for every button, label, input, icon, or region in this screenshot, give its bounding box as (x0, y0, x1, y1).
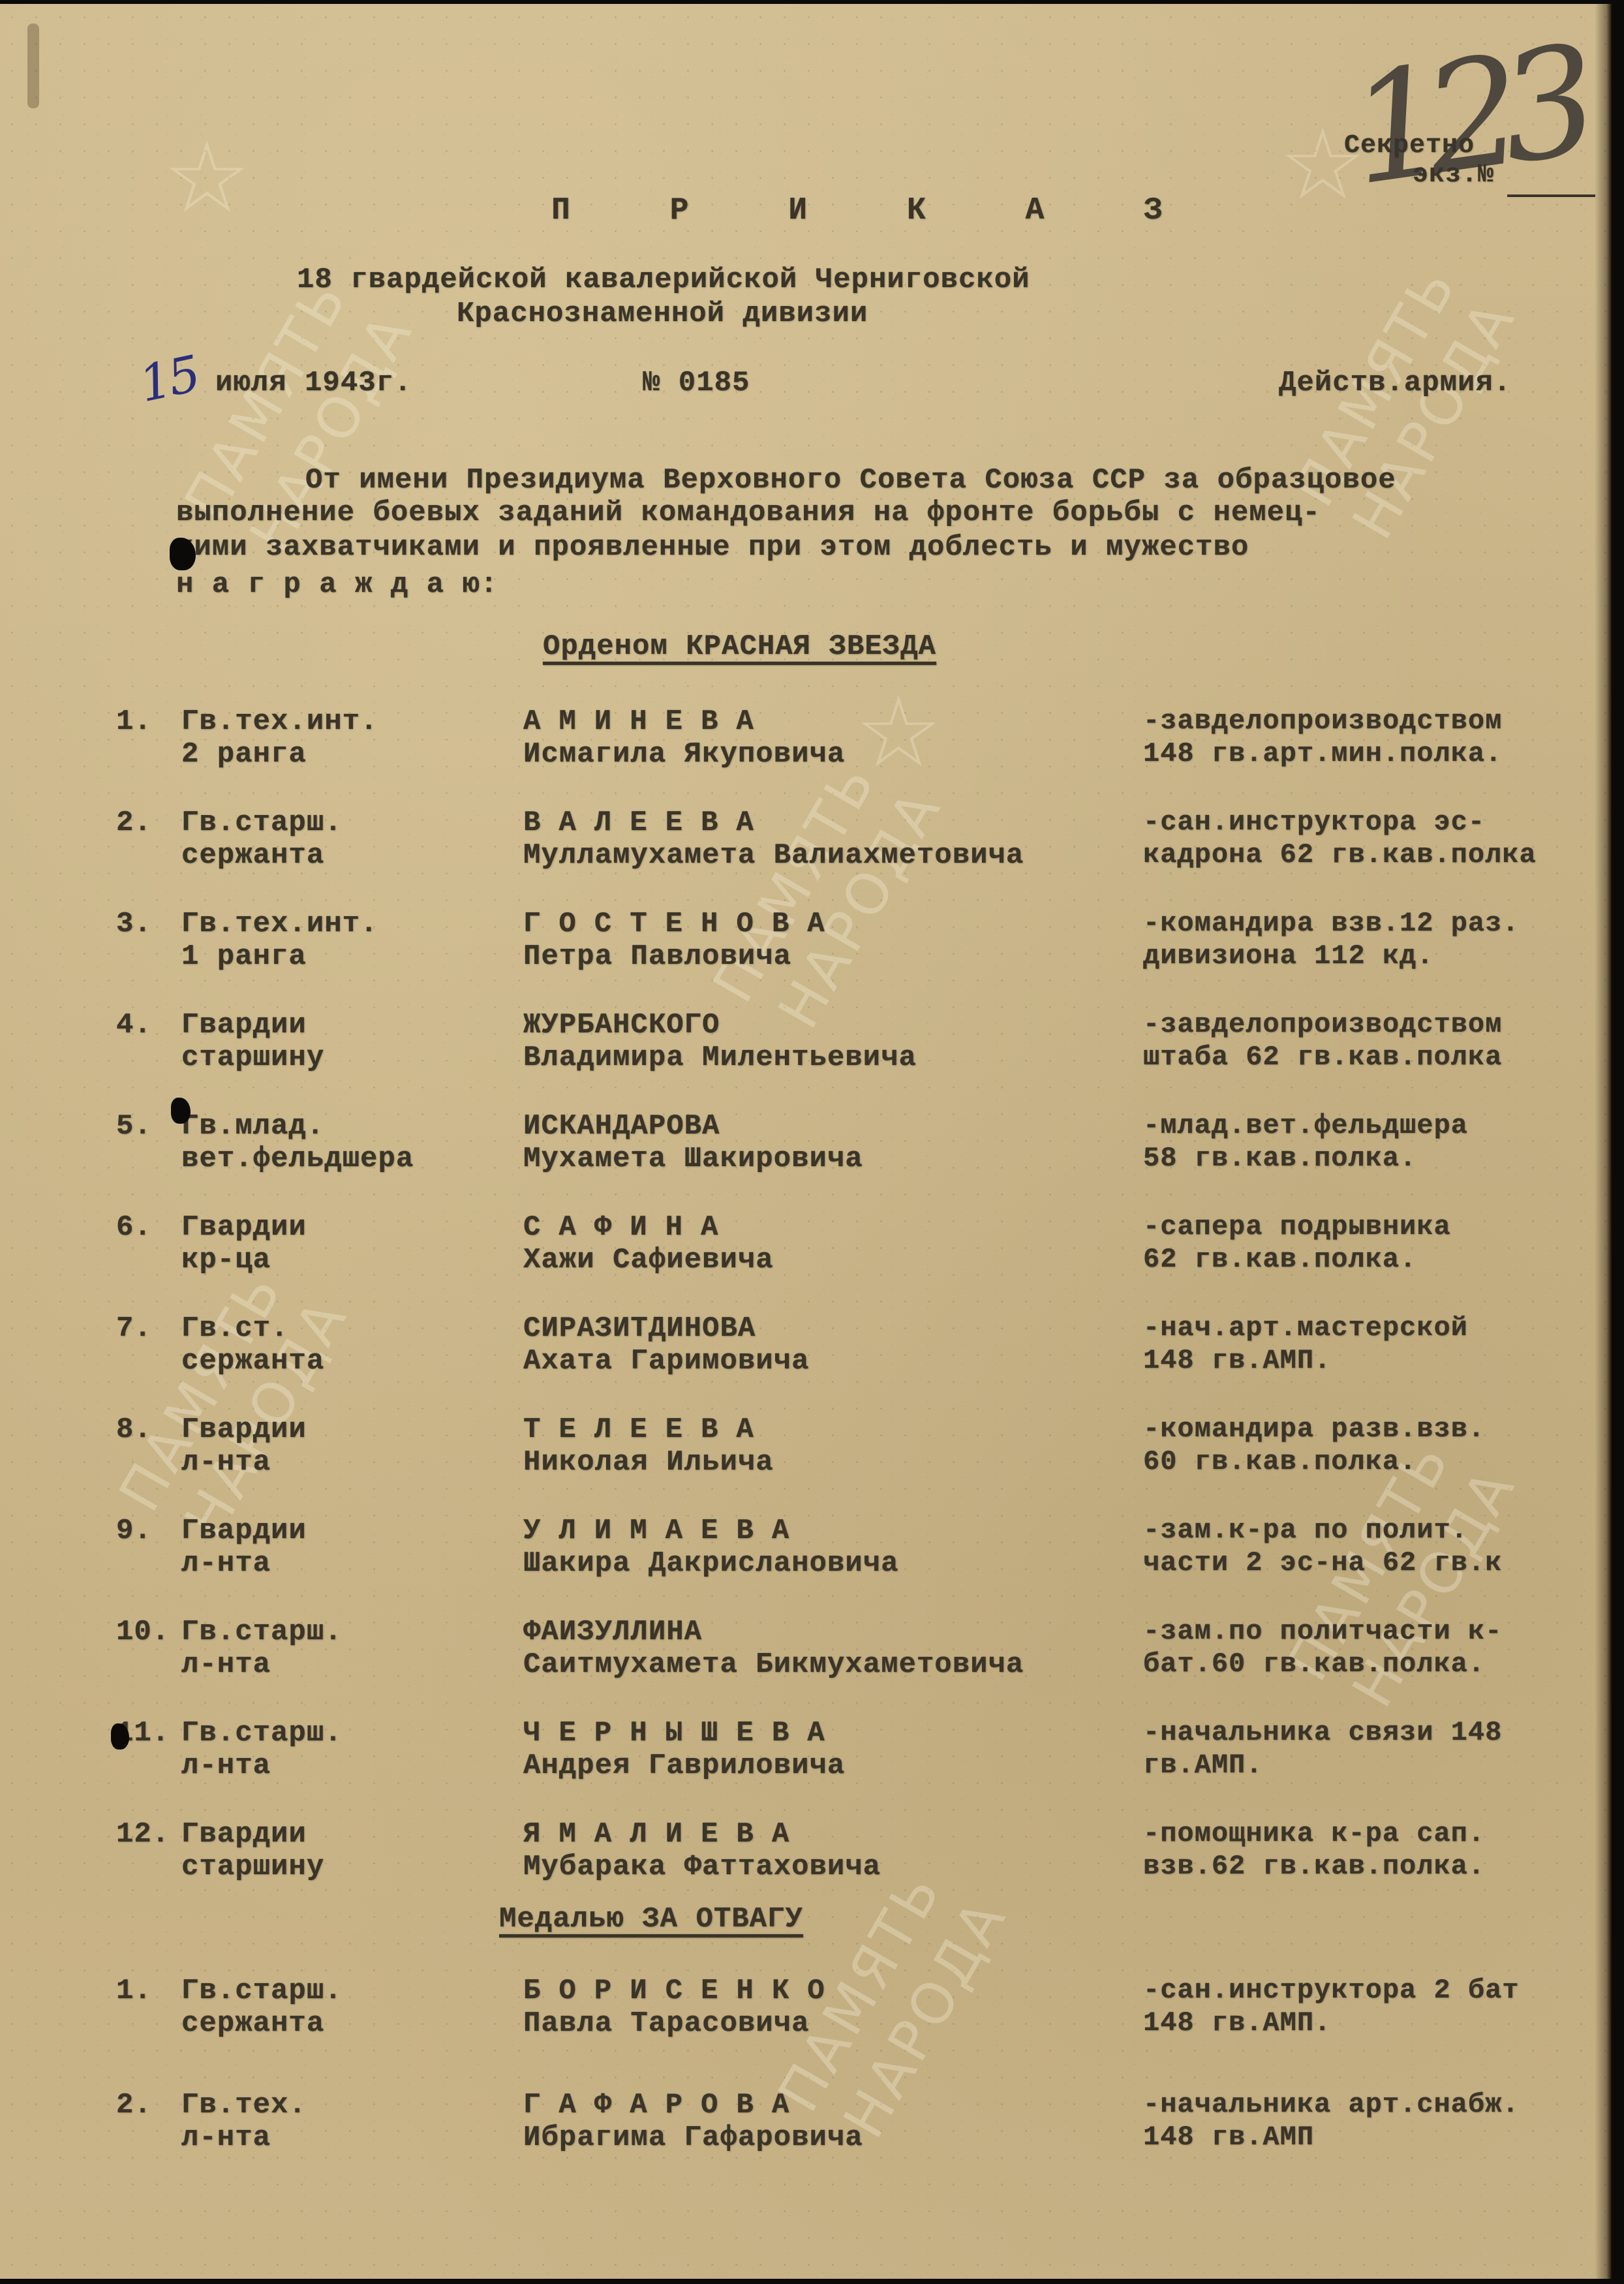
entry-position-line-1: -завделопроизводством (1143, 705, 1502, 737)
entry-number: 6. (116, 1211, 152, 1244)
award-entry-row: 11.Гв.старш.л-нтаЧЕРНЫШЕВААндрея Гаврило… (0, 1717, 1612, 1795)
entry-position-line-2: части 2 эс-на 62 гв.к (1143, 1547, 1502, 1579)
award-entry-row: 4.ГвардиистаршинуЖУРБАНСКОГОВладимира Ми… (0, 1009, 1612, 1087)
handwritten-page-number: 123 (1340, 15, 1589, 219)
entry-rank-line-1: Гв.млад. (181, 1110, 324, 1143)
entry-position-line-1: -млад.вет.фельдшера (1143, 1110, 1468, 1141)
entry-given-names: Владимира Милентьевича (523, 1042, 917, 1074)
entry-number: 1. (116, 705, 152, 738)
award-entry-row: 2.Гв.старш.сержантаВАЛЕЕВАМулламухамета … (0, 807, 1612, 885)
award-entry-row: 1.Гв.тех.инт.2 рангаАМИНЕВАИсмагила Якуп… (0, 705, 1612, 784)
document-title: П Р И К А З (551, 193, 1203, 228)
entry-rank-line-1: Гвардии (181, 1413, 307, 1446)
entry-given-names: Шакира Дакрислановича (523, 1547, 899, 1580)
entry-rank-line-1: Гв.ст. (181, 1312, 288, 1345)
entry-position-line-1: -командира разв.взв. (1143, 1413, 1485, 1445)
archival-document-page: ☆ ПАМЯТЬ НАРОДА ☆ ПАМЯТЬ НАРОДА ☆ ПАМЯТЬ… (0, 4, 1612, 2279)
preamble-line-3: кими захватчиками и проявленные при этом… (176, 531, 1249, 564)
entry-number: 8. (116, 1413, 152, 1446)
entry-position-line-1: -начальника арт.снабж. (1143, 2089, 1520, 2120)
award-entry-row: 12.ГвардиистаршинуЯМАЛИЕВАМубарака Фатта… (0, 1818, 1612, 1896)
entry-surname: СИРАЗИТДИНОВА (523, 1312, 756, 1345)
entry-given-names: Ибрагима Гафаровича (523, 2122, 863, 2154)
entry-surname: ЧЕРНЫШЕВА (523, 1717, 843, 1750)
entry-position-line-2: 60 гв.кав.полка. (1143, 1446, 1417, 1477)
handwritten-date-day: 15 (134, 345, 203, 414)
binding-mark (27, 23, 39, 108)
entry-surname: АМИНЕВА (523, 705, 772, 738)
award-entry-row: 2.Гв.тех.л-нтаГАФАРОВАИбрагима Гафарович… (0, 2089, 1612, 2167)
preamble-line-1: От имени Президиума Верховного Совета Со… (305, 464, 1396, 497)
entry-rank-line-1: Гв.старш. (181, 1717, 343, 1750)
award-entry-row: 7.Гв.ст.сержантаСИРАЗИТДИНОВААхата Гарим… (0, 1312, 1612, 1391)
entry-given-names: Мухамета Шакировича (523, 1143, 863, 1175)
award-entry-row: 5.Гв.млад.вет.фельдшераИСКАНДАРОВАМухаме… (0, 1110, 1612, 1188)
section-heading-bravery-medal: Медалью ЗА ОТВАГУ (499, 1903, 803, 1936)
entry-position-line-1: -нач.арт.мастерской (1143, 1312, 1468, 1344)
entry-rank-line-1: Гв.тех. (181, 2089, 307, 2122)
entry-given-names: Павла Тарасовича (523, 2007, 809, 2040)
entry-number: 9. (116, 1515, 152, 1547)
entry-surname: ГОСТЕНОВА (523, 908, 843, 940)
entry-rank-line-1: Гвардии (181, 1211, 307, 1244)
entry-position-line-1: -начальника связи 148 (1143, 1717, 1502, 1748)
entry-surname: ФАИЗУЛЛИНА (523, 1616, 702, 1648)
entry-given-names: Андрея Гавриловича (523, 1750, 845, 1782)
entry-rank-line-1: Гв.старш. (181, 1975, 343, 2007)
entry-surname: ВАЛЕЕВА (523, 807, 772, 839)
entry-surname: ГАФАРОВА (523, 2089, 807, 2122)
entry-position-line-1: -сан.инструктора эс- (1143, 807, 1485, 838)
section-heading-red-star: Орденом КРАСНАЯ ЗВЕЗДА (543, 630, 936, 663)
entry-position-line-1: -сапера подрывника (1143, 1211, 1451, 1242)
entry-rank-line-2: 2 ранга (181, 738, 307, 771)
entry-number: 5. (116, 1110, 152, 1143)
entry-position-line-1: -помощника к-ра сап. (1143, 1818, 1485, 1849)
entry-position-line-1: -зам.к-ра по полит. (1143, 1515, 1468, 1546)
order-location: Действ.армия. (1279, 367, 1511, 399)
entry-surname: ЖУРБАНСКОГО (523, 1009, 720, 1042)
entry-number: 12. (116, 1818, 170, 1851)
entry-number: 3. (116, 908, 152, 940)
entry-number: 4. (116, 1009, 152, 1042)
entry-given-names: Николая Ильича (523, 1446, 774, 1479)
entry-position-line-1: -завделопроизводством (1143, 1009, 1502, 1040)
award-entry-row: 1.Гв.старш.сержантаБОРИСЕНКОПавла Тарасо… (0, 1975, 1612, 2053)
entry-rank-line-2: сержанта (181, 839, 324, 872)
entry-surname: ИСКАНДАРОВА (523, 1110, 720, 1143)
entry-rank-line-2: л-нта (181, 2122, 271, 2154)
entry-rank-line-1: Гв.старш. (181, 807, 343, 839)
entry-position-line-2: 62 гв.кав.полка. (1143, 1244, 1417, 1275)
entry-given-names: Исмагила Якуповича (523, 738, 845, 771)
entry-given-names: Мулламухамета Валиахметовича (523, 839, 1024, 872)
entry-position-line-1: -сан.инструктора 2 бат (1143, 1975, 1520, 2006)
award-entry-row: 6.Гвардиикр-цаСАФИНАХажи Сафиевича-сапер… (0, 1211, 1612, 1289)
entry-given-names: Хажи Сафиевича (523, 1244, 774, 1276)
entry-surname: БОРИСЕНКО (523, 1975, 843, 2007)
entry-position-line-2: гв.АМП. (1143, 1750, 1263, 1781)
entry-rank-line-2: сержанта (181, 2007, 324, 2040)
entry-rank-line-2: л-нта (181, 1547, 271, 1580)
entry-given-names: Саитмухамета Бикмухаметовича (523, 1648, 1024, 1681)
entry-rank-line-2: сержанта (181, 1345, 324, 1378)
entry-position-line-1: -командира взв.12 раз. (1143, 908, 1520, 939)
award-entry-row: 10.Гв.старш.л-нтаФАИЗУЛЛИНАСаитмухамета … (0, 1616, 1612, 1694)
entry-rank-line-1: Гв.тех.инт. (181, 908, 378, 940)
award-entry-row: 9.Гвардиил-нтаУЛИМАЕВАШакира Дакрисланов… (0, 1515, 1612, 1593)
watermark-star-icon: ☆ (163, 121, 251, 235)
entry-position-line-2: 148 гв.АМП. (1143, 1345, 1331, 1376)
entry-surname: УЛИМАЕВА (523, 1515, 807, 1547)
entry-surname: ЯМАЛИЕВА (523, 1818, 807, 1851)
entry-rank-line-1: Гвардии (181, 1009, 307, 1042)
entry-position-line-1: -зам.по политчасти к- (1143, 1616, 1502, 1647)
entry-rank-line-2: л-нта (181, 1446, 271, 1479)
entry-rank-line-1: Гвардии (181, 1818, 307, 1851)
paper-hole (111, 1723, 129, 1750)
entry-number: 2. (116, 2089, 152, 2122)
entry-rank-line-1: Гв.тех.инт. (181, 705, 378, 738)
entry-number: 1. (116, 1975, 152, 2007)
entry-rank-line-2: л-нта (181, 1750, 271, 1782)
preamble-line-2: выполнение боевых заданий командования н… (176, 497, 1321, 529)
entry-rank-line-2: вет.фельдшера (181, 1143, 414, 1175)
entry-number: 2. (116, 807, 152, 839)
entry-position-line-2: кадрона 62 гв.кав.полка (1143, 839, 1537, 871)
entry-rank-line-2: старшину (181, 1851, 324, 1883)
unit-name-line-2: Краснознаменной дивизии (457, 298, 868, 330)
paper-hole (171, 1098, 191, 1124)
entry-surname: ТЕЛЕЕВА (523, 1413, 772, 1446)
entry-given-names: Ахата Гаримовича (523, 1345, 809, 1378)
entry-position-line-2: бат.60 гв.кав.полка. (1143, 1648, 1485, 1680)
entry-rank-line-2: 1 ранга (181, 940, 307, 973)
entry-position-line-2: 148 гв.АМП. (1143, 2007, 1331, 2039)
award-entry-row: 8.Гвардиил-нтаТЕЛЕЕВАНиколая Ильича-кома… (0, 1413, 1612, 1492)
entry-position-line-2: 148 гв.арт.мин.полка. (1143, 738, 1502, 769)
entry-rank-line-2: л-нта (181, 1648, 271, 1681)
entry-position-line-2: штаба 62 гв.кав.полка (1143, 1042, 1502, 1073)
entry-position-line-2: дивизиона 112 кд. (1143, 940, 1433, 972)
paper-hole (170, 538, 196, 570)
entry-given-names: Петра Павловича (523, 940, 791, 973)
entry-number: 10. (116, 1616, 170, 1648)
entry-number: 7. (116, 1312, 152, 1345)
entry-surname: САФИНА (523, 1211, 736, 1244)
entry-given-names: Мубарака Фаттаховича (523, 1851, 881, 1883)
unit-name-line-1: 18 гвардейской кавалерийской Черниговско… (297, 264, 1030, 296)
entry-rank-line-1: Гвардии (181, 1515, 307, 1547)
entry-position-line-2: взв.62 гв.кав.полка. (1143, 1851, 1485, 1882)
entry-position-line-2: 58 гв.кав.полка. (1143, 1143, 1417, 1174)
entry-rank-line-2: кр-ца (181, 1244, 271, 1276)
entry-position-line-2: 148 гв.АМП (1143, 2122, 1314, 2153)
award-entry-row: 3.Гв.тех.инт.1 рангаГОСТЕНОВАПетра Павло… (0, 908, 1612, 986)
order-date: июля 1943г. (215, 367, 412, 399)
entry-rank-line-1: Гв.старш. (181, 1616, 343, 1648)
preamble-line-4: н а г р а ж д а ю: (176, 568, 498, 601)
entry-rank-line-2: старшину (181, 1042, 324, 1074)
order-number: № 0185 (643, 367, 750, 399)
